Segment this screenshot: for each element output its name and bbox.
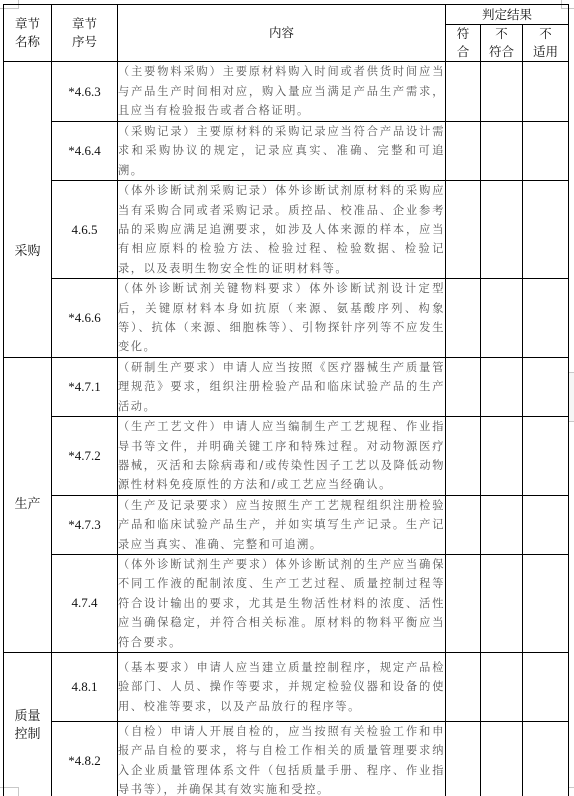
conform-cell[interactable] [446,721,481,796]
conform-cell[interactable] [446,181,481,279]
section-name-production: 生产 [4,357,52,652]
requirement-content: （体外诊断试剂关键物料要求）体外诊断试剂设计定型后，关键原材料本身如抗原（来源、… [118,279,446,358]
not-applicable-cell[interactable] [523,652,569,721]
inspection-checklist-table: 章节 名称 章节 序号 内容 判定结果 符 合 不 符合 不 适用 [3,4,569,796]
conform-cell[interactable] [446,279,481,358]
table-header: 章节 名称 章节 序号 内容 判定结果 符 合 不 符合 不 适用 [4,5,569,62]
requirement-content: （体外诊断试剂采购记录）体外诊断试剂原材料的采购应当有采购合同或者采购记录。质控… [118,181,446,279]
section-name-procurement: 采购 [4,62,52,358]
nonconform-cell[interactable] [481,122,523,181]
requirement-content: （生产工艺文件）申请人应当编制生产工艺规程、作业指导书等文件，并明确关键工序和特… [118,417,446,496]
not-applicable-cell[interactable] [523,181,569,279]
header-chapter-no: 章节 序号 [52,5,118,62]
conform-cell[interactable] [446,417,481,496]
conform-cell[interactable] [446,652,481,721]
conform-cell[interactable] [446,357,481,416]
table-row: 4.7.4 （体外诊断试剂生产要求）体外诊断试剂的生产应当确保不同工作液的配制浓… [4,554,569,652]
not-applicable-cell[interactable] [523,62,569,122]
nonconform-cell[interactable] [481,62,523,122]
table-row: *4.7.3 （生产及记录要求）应当按照生产工艺规程组织注册检验产品和临床试验产… [4,495,569,554]
requirement-content: （采购记录）主要原材料的采购记录应当符合产品设计需求和采购协议的规定，记录应真实… [118,122,446,181]
chapter-number: 4.8.1 [52,652,118,721]
chapter-number: *4.7.3 [52,495,118,554]
table-row: 4.6.5 （体外诊断试剂采购记录）体外诊断试剂原材料的采购应当有采购合同或者采… [4,181,569,279]
header-content: 内容 [118,5,446,62]
table-row: *4.6.4 （采购记录）主要原材料的采购记录应当符合产品设计需求和采购协议的规… [4,122,569,181]
conform-cell[interactable] [446,62,481,122]
not-applicable-cell[interactable] [523,417,569,496]
conform-cell[interactable] [446,495,481,554]
table-row: 生产 *4.7.1 （研制生产要求）申请人应当按照《医疗器械生产质量管理规范》要… [4,357,569,416]
requirement-content: （主要物料采购）主要原材料购入时间或者供货时间应当与产品生产时间相对应，购入量应… [118,62,446,122]
nonconform-cell[interactable] [481,721,523,796]
nonconform-cell[interactable] [481,417,523,496]
nonconform-cell[interactable] [481,554,523,652]
chapter-number: *4.6.3 [52,62,118,122]
requirement-content: （基本要求）申请人应当建立质量控制程序，规定产品检验部门、人员、操作等要求，并规… [118,652,446,721]
table-row: 质量 控制 4.8.1 （基本要求）申请人应当建立质量控制程序，规定产品检验部门… [4,652,569,721]
chapter-number: *4.8.2 [52,721,118,796]
header-text: 合 [446,43,480,61]
header-text: 适用 [523,43,568,61]
nonconform-cell[interactable] [481,495,523,554]
not-applicable-cell[interactable] [523,279,569,358]
requirement-content: （自检）申请人开展自检的，应当按照有关检验工作和申报产品自检的要求，将与自检工作… [118,721,446,796]
header-text: 章节 [4,15,51,33]
header-text: 符 [446,25,480,43]
header-conform: 符 合 [446,25,481,62]
header-text: 不 [523,25,568,43]
section-name-text: 控制 [4,726,51,744]
section-name-text: 采购 [4,157,51,261]
section-name-quality-control: 质量 控制 [4,652,52,796]
conform-cell[interactable] [446,122,481,181]
header-text: 序号 [52,33,117,51]
header-text: 名称 [4,33,51,51]
not-applicable-cell[interactable] [523,357,569,416]
conform-cell[interactable] [446,554,481,652]
header-text: 符合 [481,43,522,61]
not-applicable-cell[interactable] [523,554,569,652]
chapter-number: *4.7.2 [52,417,118,496]
chapter-number: *4.7.1 [52,357,118,416]
table-row: *4.8.2 （自检）申请人开展自检的，应当按照有关检验工作和申报产品自检的要求… [4,721,569,796]
header-not-applicable: 不 适用 [523,25,569,62]
nonconform-cell[interactable] [481,357,523,416]
not-applicable-cell[interactable] [523,495,569,554]
requirement-content: （研制生产要求）申请人应当按照《医疗器械生产质量管理规范》要求，组织注册检验产品… [118,357,446,416]
section-name-text: 质量 [4,708,51,726]
table-row: 采购 *4.6.3 （主要物料采购）主要原材料购入时间或者供货时间应当与产品生产… [4,62,569,122]
chapter-number: 4.7.4 [52,554,118,652]
header-nonconform: 不 符合 [481,25,523,62]
header-judgment: 判定结果 [446,5,569,25]
not-applicable-cell[interactable] [523,122,569,181]
chapter-number: *4.6.6 [52,279,118,358]
section-name-text: 生产 [4,496,51,514]
nonconform-cell[interactable] [481,279,523,358]
chapter-number: *4.6.4 [52,122,118,181]
nonconform-cell[interactable] [481,652,523,721]
not-applicable-cell[interactable] [523,721,569,796]
requirement-content: （生产及记录要求）应当按照生产工艺规程组织注册检验产品和临床试验产品生产，并如实… [118,495,446,554]
header-text: 章节 [52,15,117,33]
header-chapter-name: 章节 名称 [4,5,52,62]
nonconform-cell[interactable] [481,181,523,279]
table-row: *4.7.2 （生产工艺文件）申请人应当编制生产工艺规程、作业指导书等文件，并明… [4,417,569,496]
requirement-content: （体外诊断试剂生产要求）体外诊断试剂的生产应当确保不同工作液的配制浓度、生产工艺… [118,554,446,652]
header-text: 不 [481,25,522,43]
chapter-number: 4.6.5 [52,181,118,279]
table-row: *4.6.6 （体外诊断试剂关键物料要求）体外诊断试剂设计定型后，关键原材料本身… [4,279,569,358]
